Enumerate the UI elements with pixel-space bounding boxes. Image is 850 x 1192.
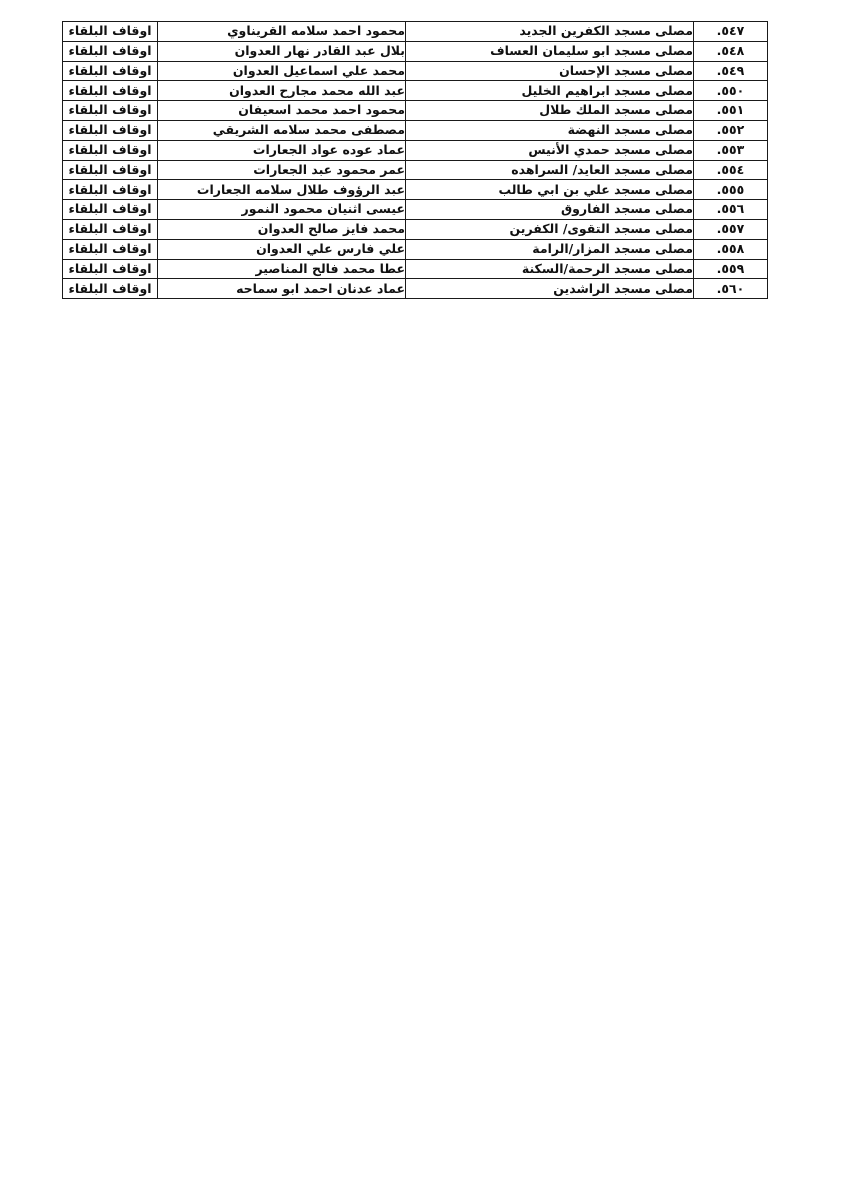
table-row: ٥٥٧. مصلى مسجد التقوى/ الكفرين محمد فايز… xyxy=(63,219,768,239)
directorate-cell: اوقاف البلقاء xyxy=(63,140,158,160)
row-number-cell: ٥٥٦. xyxy=(694,200,768,220)
directorate-cell: اوقاف البلقاء xyxy=(63,81,158,101)
imam-name-cell: عيسى اثنيان محمود النمور xyxy=(158,200,406,220)
imam-name-cell: محمود احمد سلامه القريناوي xyxy=(158,22,406,42)
mosque-name-cell: مصلى مسجد المزار/الرامة xyxy=(406,239,694,259)
mosque-name-cell: مصلى مسجد الفاروق xyxy=(406,200,694,220)
row-number-cell: ٥٥٢. xyxy=(694,120,768,140)
directorate-cell: اوقاف البلقاء xyxy=(63,239,158,259)
imam-name-cell: عمر محمود عبد الجعارات xyxy=(158,160,406,180)
row-number-cell: ٥٥٣. xyxy=(694,140,768,160)
table-row: ٥٥١. مصلى مسجد الملك طلال محمود احمد محم… xyxy=(63,101,768,121)
row-number-cell: ٥٥٥. xyxy=(694,180,768,200)
directorate-cell: اوقاف البلقاء xyxy=(63,61,158,81)
row-number-cell: ٥٤٨. xyxy=(694,41,768,61)
mosque-imams-table: ٥٤٧. مصلى مسجد الكفرين الجديد محمود احمد… xyxy=(62,21,768,299)
table-row: ٥٥٣. مصلى مسجد حمدي الأنيس عماد عوده عوا… xyxy=(63,140,768,160)
document-page: ٥٤٧. مصلى مسجد الكفرين الجديد محمود احمد… xyxy=(0,0,850,1192)
directorate-cell: اوقاف البلقاء xyxy=(63,101,158,121)
table-row: ٥٥٠. مصلى مسجد ابراهيم الخليل عبد الله م… xyxy=(63,81,768,101)
imam-name-cell: عماد عدنان احمد ابو سماحه xyxy=(158,279,406,299)
directorate-cell: اوقاف البلقاء xyxy=(63,41,158,61)
imam-name-cell: علي فارس علي العدوان xyxy=(158,239,406,259)
imam-name-cell: عماد عوده عواد الجعارات xyxy=(158,140,406,160)
directorate-cell: اوقاف البلقاء xyxy=(63,22,158,42)
row-number-cell: ٥٥٤. xyxy=(694,160,768,180)
row-number-cell: ٥٥٧. xyxy=(694,219,768,239)
table-row: ٥٤٩. مصلى مسجد الإحسان محمد علي اسماعيل … xyxy=(63,61,768,81)
imam-name-cell: عطا محمد فالح المناصير xyxy=(158,259,406,279)
directorate-cell: اوقاف البلقاء xyxy=(63,120,158,140)
mosque-name-cell: مصلى مسجد العايد/ السراهده xyxy=(406,160,694,180)
table-row: ٥٥٢. مصلى مسجد النهضة مصطفى محمد سلامه ا… xyxy=(63,120,768,140)
mosque-name-cell: مصلى مسجد ابو سليمان العساف xyxy=(406,41,694,61)
row-number-cell: ٥٥١. xyxy=(694,101,768,121)
imam-name-cell: محمود احمد محمد اسعيفان xyxy=(158,101,406,121)
mosque-name-cell: مصلى مسجد حمدي الأنيس xyxy=(406,140,694,160)
mosque-name-cell: مصلى مسجد الملك طلال xyxy=(406,101,694,121)
imam-name-cell: عبد الله محمد مجارح العدوان xyxy=(158,81,406,101)
row-number-cell: ٥٦٠. xyxy=(694,279,768,299)
table-row: ٥٦٠. مصلى مسجد الراشدين عماد عدنان احمد … xyxy=(63,279,768,299)
directorate-cell: اوقاف البلقاء xyxy=(63,160,158,180)
row-number-cell: ٥٥٨. xyxy=(694,239,768,259)
row-number-cell: ٥٥٠. xyxy=(694,81,768,101)
table-body: ٥٤٧. مصلى مسجد الكفرين الجديد محمود احمد… xyxy=(63,22,768,299)
row-number-cell: ٥٤٩. xyxy=(694,61,768,81)
table-row: ٥٤٨. مصلى مسجد ابو سليمان العساف بلال عب… xyxy=(63,41,768,61)
mosque-name-cell: مصلى مسجد الكفرين الجديد xyxy=(406,22,694,42)
mosque-name-cell: مصلى مسجد ابراهيم الخليل xyxy=(406,81,694,101)
imam-name-cell: مصطفى محمد سلامه الشريقي xyxy=(158,120,406,140)
table-row: ٥٥٦. مصلى مسجد الفاروق عيسى اثنيان محمود… xyxy=(63,200,768,220)
mosque-name-cell: مصلى مسجد الرحمة/السكنة xyxy=(406,259,694,279)
directorate-cell: اوقاف البلقاء xyxy=(63,279,158,299)
table-row: ٥٥٨. مصلى مسجد المزار/الرامة علي فارس عل… xyxy=(63,239,768,259)
directorate-cell: اوقاف البلقاء xyxy=(63,259,158,279)
directorate-cell: اوقاف البلقاء xyxy=(63,200,158,220)
table-row: ٥٥٤. مصلى مسجد العايد/ السراهده عمر محمو… xyxy=(63,160,768,180)
table-row: ٥٥٥. مصلى مسجد علي بن ابي طالب عبد الرؤو… xyxy=(63,180,768,200)
directorate-cell: اوقاف البلقاء xyxy=(63,180,158,200)
imam-name-cell: محمد فايز صالح العدوان xyxy=(158,219,406,239)
imam-name-cell: محمد علي اسماعيل العدوان xyxy=(158,61,406,81)
row-number-cell: ٥٥٩. xyxy=(694,259,768,279)
row-number-cell: ٥٤٧. xyxy=(694,22,768,42)
table-row: ٥٥٩. مصلى مسجد الرحمة/السكنة عطا محمد فا… xyxy=(63,259,768,279)
imam-name-cell: عبد الرؤوف طلال سلامه الجعارات xyxy=(158,180,406,200)
mosque-name-cell: مصلى مسجد النهضة xyxy=(406,120,694,140)
mosque-name-cell: مصلى مسجد التقوى/ الكفرين xyxy=(406,219,694,239)
table-row: ٥٤٧. مصلى مسجد الكفرين الجديد محمود احمد… xyxy=(63,22,768,42)
imam-name-cell: بلال عبد القادر نهار العدوان xyxy=(158,41,406,61)
mosque-name-cell: مصلى مسجد علي بن ابي طالب xyxy=(406,180,694,200)
mosque-name-cell: مصلى مسجد الراشدين xyxy=(406,279,694,299)
mosque-name-cell: مصلى مسجد الإحسان xyxy=(406,61,694,81)
directorate-cell: اوقاف البلقاء xyxy=(63,219,158,239)
